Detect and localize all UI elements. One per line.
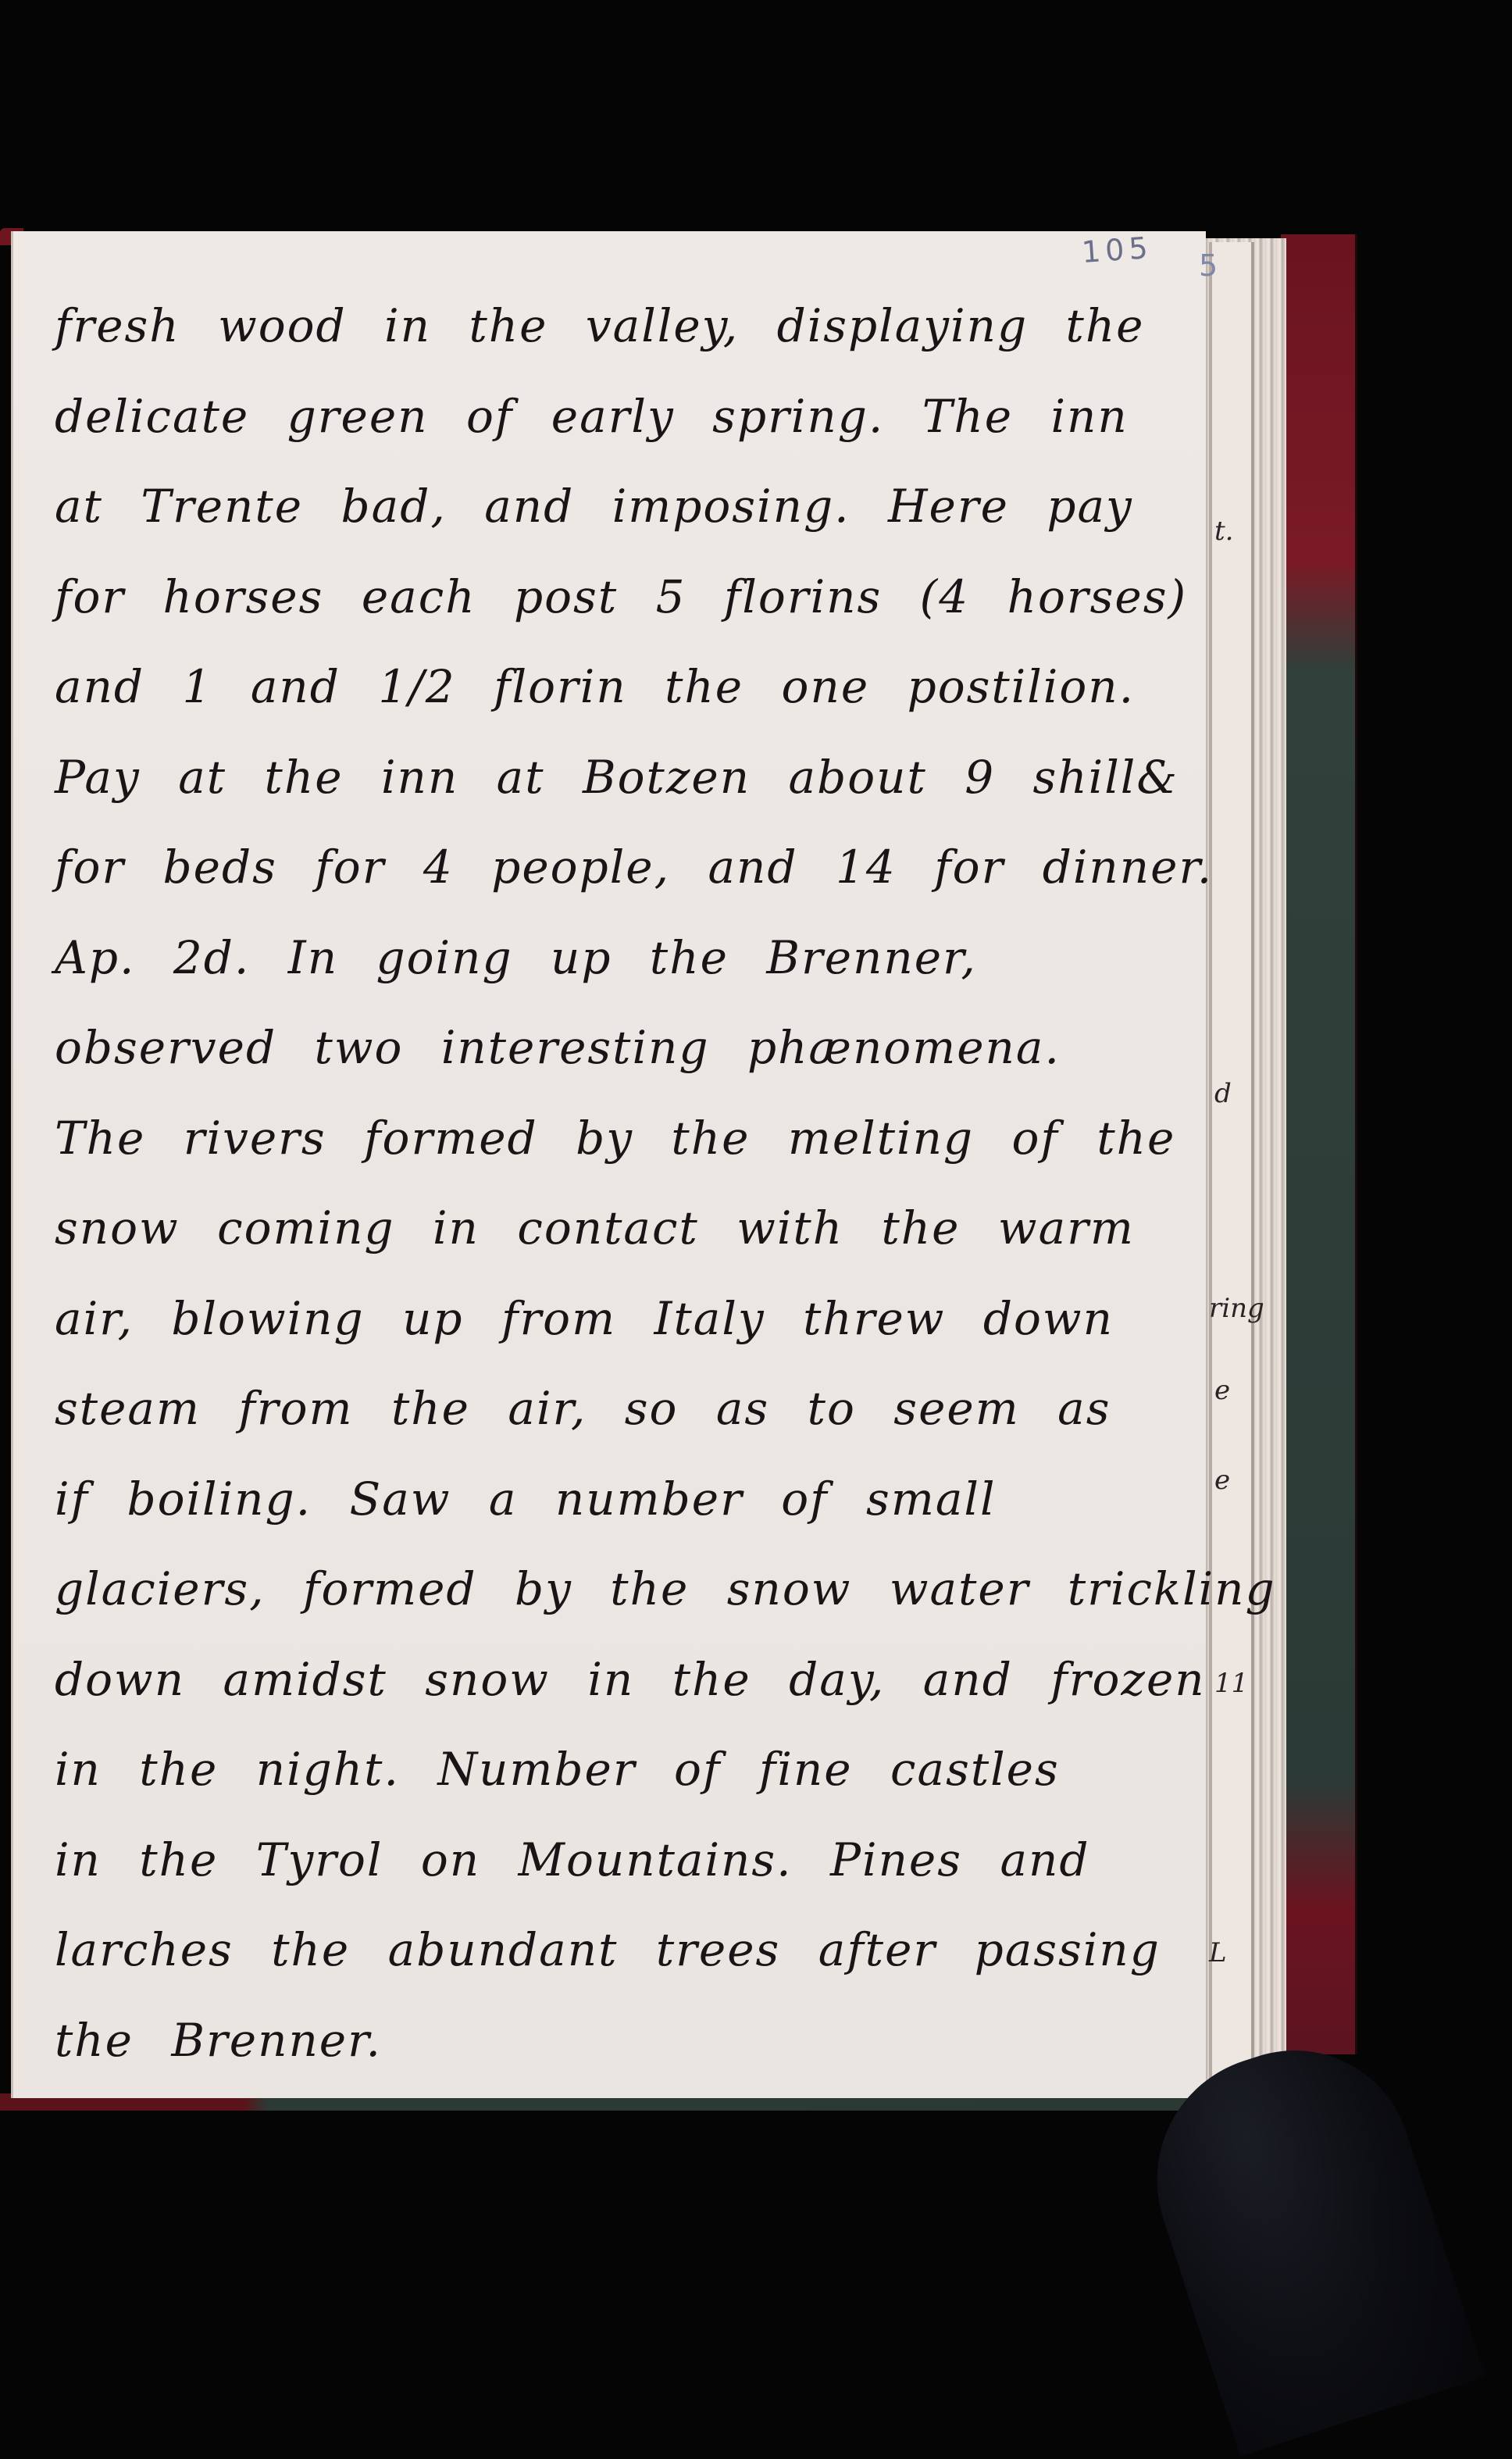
text-line: delicate green of early spring. The inn: [55, 372, 1195, 462]
text-line: snow coming in contact with the warm: [55, 1183, 1195, 1274]
text-line: Ap. 2d. In going up the Brenner,: [55, 913, 1195, 1004]
handwritten-text: fresh wood in the valley, displaying the…: [55, 281, 1195, 2086]
text-line: for horses each post 5 florins (4 horses…: [55, 552, 1195, 643]
text-line: down amidst snow in the day, and frozen: [55, 1635, 1195, 1726]
text-line: steam from the air, so as to seem as: [55, 1364, 1195, 1454]
margin-fragment: 11: [1214, 1668, 1248, 1699]
text-line: larches the abundant trees after passing: [55, 1905, 1195, 1996]
text-line: if boiling. Saw a number of small: [55, 1454, 1195, 1545]
margin-fragment: L: [1209, 1937, 1227, 1968]
margin-fragment: e: [1214, 1375, 1230, 1406]
book-cover-edge: [1281, 234, 1357, 2054]
margin-fragment: ring: [1209, 1293, 1264, 1324]
text-line: in the Tyrol on Mountains. Pines and: [55, 1815, 1195, 1906]
margin-fragment: e: [1214, 1465, 1230, 1496]
text-line: fresh wood in the valley, displaying the: [55, 281, 1195, 372]
text-line: for beds for 4 people, and 14 for dinner…: [55, 823, 1195, 913]
text-line: the Brenner.: [55, 1996, 1195, 2086]
next-page-number: 5: [1199, 248, 1218, 283]
page-number: 105: [1081, 230, 1154, 269]
text-line: at Trente bad, and imposing. Here pay: [55, 462, 1195, 552]
text-line: and 1 and 1/2 florin the one postilion.: [55, 642, 1195, 733]
text-line: in the night. Number of fine castles: [55, 1725, 1195, 1815]
text-line: Pay at the inn at Botzen about 9 shill&: [55, 733, 1195, 823]
text-line: observed two interesting phænomena.: [55, 1003, 1195, 1094]
text-line: glaciers, formed by the snow water trick…: [55, 1544, 1195, 1635]
text-line: The rivers formed by the melting of the: [55, 1094, 1195, 1184]
text-line: air, blowing up from Italy threw down: [55, 1274, 1195, 1365]
margin-fragment: t.: [1214, 516, 1233, 547]
margin-fragment: d: [1214, 1078, 1232, 1109]
